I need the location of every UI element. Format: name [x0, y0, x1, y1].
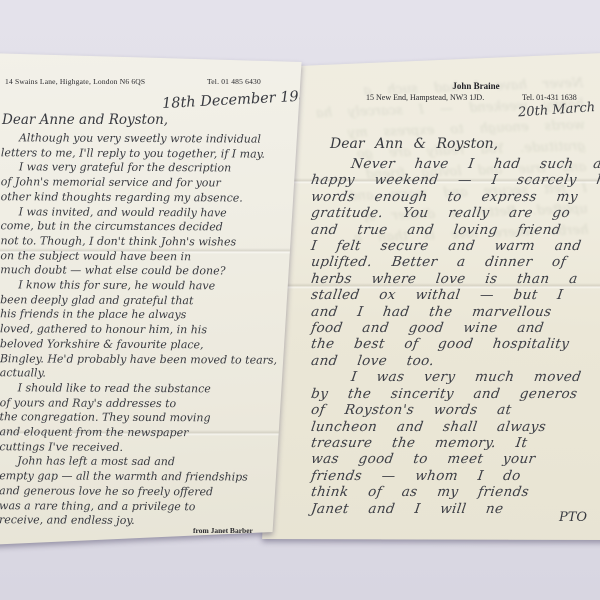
salutation: Dear Ann & Royston,	[330, 136, 498, 152]
sender-address-text: 14 Swains Lane, Highgate, London N6 6QS	[5, 77, 145, 86]
letter-body: Never have I had such ahappy weekend — I…	[310, 156, 600, 517]
handwritten-line: letters to me, I'll reply to you togethe…	[1, 146, 297, 162]
pto-note: PTO	[559, 510, 587, 525]
handwritten-line: the congregation. They sound moving	[0, 411, 296, 427]
letter-janet-barber: 14 Swains Lane, Highgate, London N6 6QS …	[0, 48, 308, 548]
handwritten-line: other kind thoughts regarding my absence…	[1, 190, 297, 206]
handwritten-line: food and good wine and	[310, 320, 600, 336]
handwritten-line: of yours and Ray's addresses to	[0, 396, 296, 412]
handwritten-line: friends — whom I do	[310, 468, 600, 484]
handwritten-line: I know this for sure, he would have	[0, 278, 296, 294]
handwritten-line: his friends in the place he always	[0, 308, 296, 324]
handwritten-line: and love too.	[310, 353, 600, 369]
handwritten-line: much doubt — what else could be done?	[0, 264, 296, 280]
handwritten-line: I was very much moved	[310, 369, 600, 385]
salutation: Dear Anne and Royston,	[2, 112, 168, 128]
handwritten-line: beloved Yorkshire & favourite place,	[0, 337, 296, 353]
handwritten-line: been deeply glad and grateful that	[0, 293, 296, 309]
handwritten-line: come, but in the circumstances decided	[1, 219, 297, 235]
handwritten-line: and I had the marvellous	[310, 304, 600, 320]
handwritten-line: cuttings I've received.	[0, 440, 295, 456]
photo-background: Never have I had such ahappy weekend — I…	[0, 0, 600, 600]
handwritten-line: Never have I had such a	[310, 156, 600, 172]
handwritten-line: and generous love he so freely offered	[0, 484, 295, 500]
handwritten-line: luncheon and shall always	[310, 419, 600, 435]
handwritten-line: uplifted. Better a dinner of	[310, 254, 600, 270]
handwritten-line: Bingley. He'd probably have been moved t…	[0, 352, 296, 368]
printed-credit: from Janet Barber	[193, 526, 253, 535]
handwritten-line: I was invited, and would readily have	[1, 205, 297, 221]
handwritten-line: Janet and I will ne	[310, 501, 600, 517]
letter-date: 18th December 1986	[162, 88, 318, 112]
handwritten-line: by the sincerity and generos	[310, 386, 600, 402]
handwritten-line: herbs where love is than a	[310, 271, 600, 287]
handwritten-line: was a rare thing, and a privilege to	[0, 499, 295, 515]
sender-phone: Tel. 01 485 6430	[207, 77, 261, 86]
handwritten-line: treasure the memory. It	[310, 435, 600, 451]
handwritten-line: happy weekend — I scarcely ha	[310, 172, 600, 188]
sender-address: 14 Swains Lane, Highgate, London N6 6QS …	[5, 77, 295, 86]
handwritten-line: loved, gathered to honour him, in his	[0, 322, 296, 338]
handwritten-line: and eloquent from the newspaper	[0, 425, 295, 441]
handwritten-line: think of as my friends	[310, 484, 600, 500]
handwritten-line: of Royston's words at	[310, 402, 600, 418]
handwritten-line: I should like to read the substance	[0, 381, 296, 397]
handwritten-line: stalled ox withal — but I	[310, 287, 600, 303]
handwritten-line: was good to meet your	[310, 451, 600, 467]
handwritten-line: of John's memorial service and for your	[1, 175, 297, 191]
handwritten-line: I was very grateful for the description	[1, 161, 297, 177]
handwritten-line: Although you very sweetly wrote individu…	[1, 131, 297, 147]
handwritten-line: words enough to express my	[310, 189, 600, 205]
handwritten-line: John has left a most sad and	[0, 455, 295, 471]
handwritten-line: not to. Though, I don't think John's wis…	[0, 234, 296, 250]
handwritten-line: on the subject would have been in	[0, 249, 296, 265]
letter-janet-barber-wrap: 14 Swains Lane, Highgate, London N6 6QS …	[0, 48, 308, 548]
handwritten-line: and true and loving friend	[310, 222, 600, 238]
sender-name: John Braine	[366, 81, 586, 91]
handwritten-line: gratitude. You really are go	[310, 205, 600, 221]
letter-body: Although you very sweetly wrote individu…	[0, 131, 297, 530]
handwritten-line: the best of good hospitality	[310, 336, 600, 352]
handwritten-line: actually.	[0, 366, 296, 382]
sender-phone: Tel. 01-431 1638	[522, 93, 577, 102]
handwritten-line: empty gap — all the warmth and friendshi…	[0, 469, 295, 485]
handwritten-line: I felt secure and warm and	[310, 238, 600, 254]
